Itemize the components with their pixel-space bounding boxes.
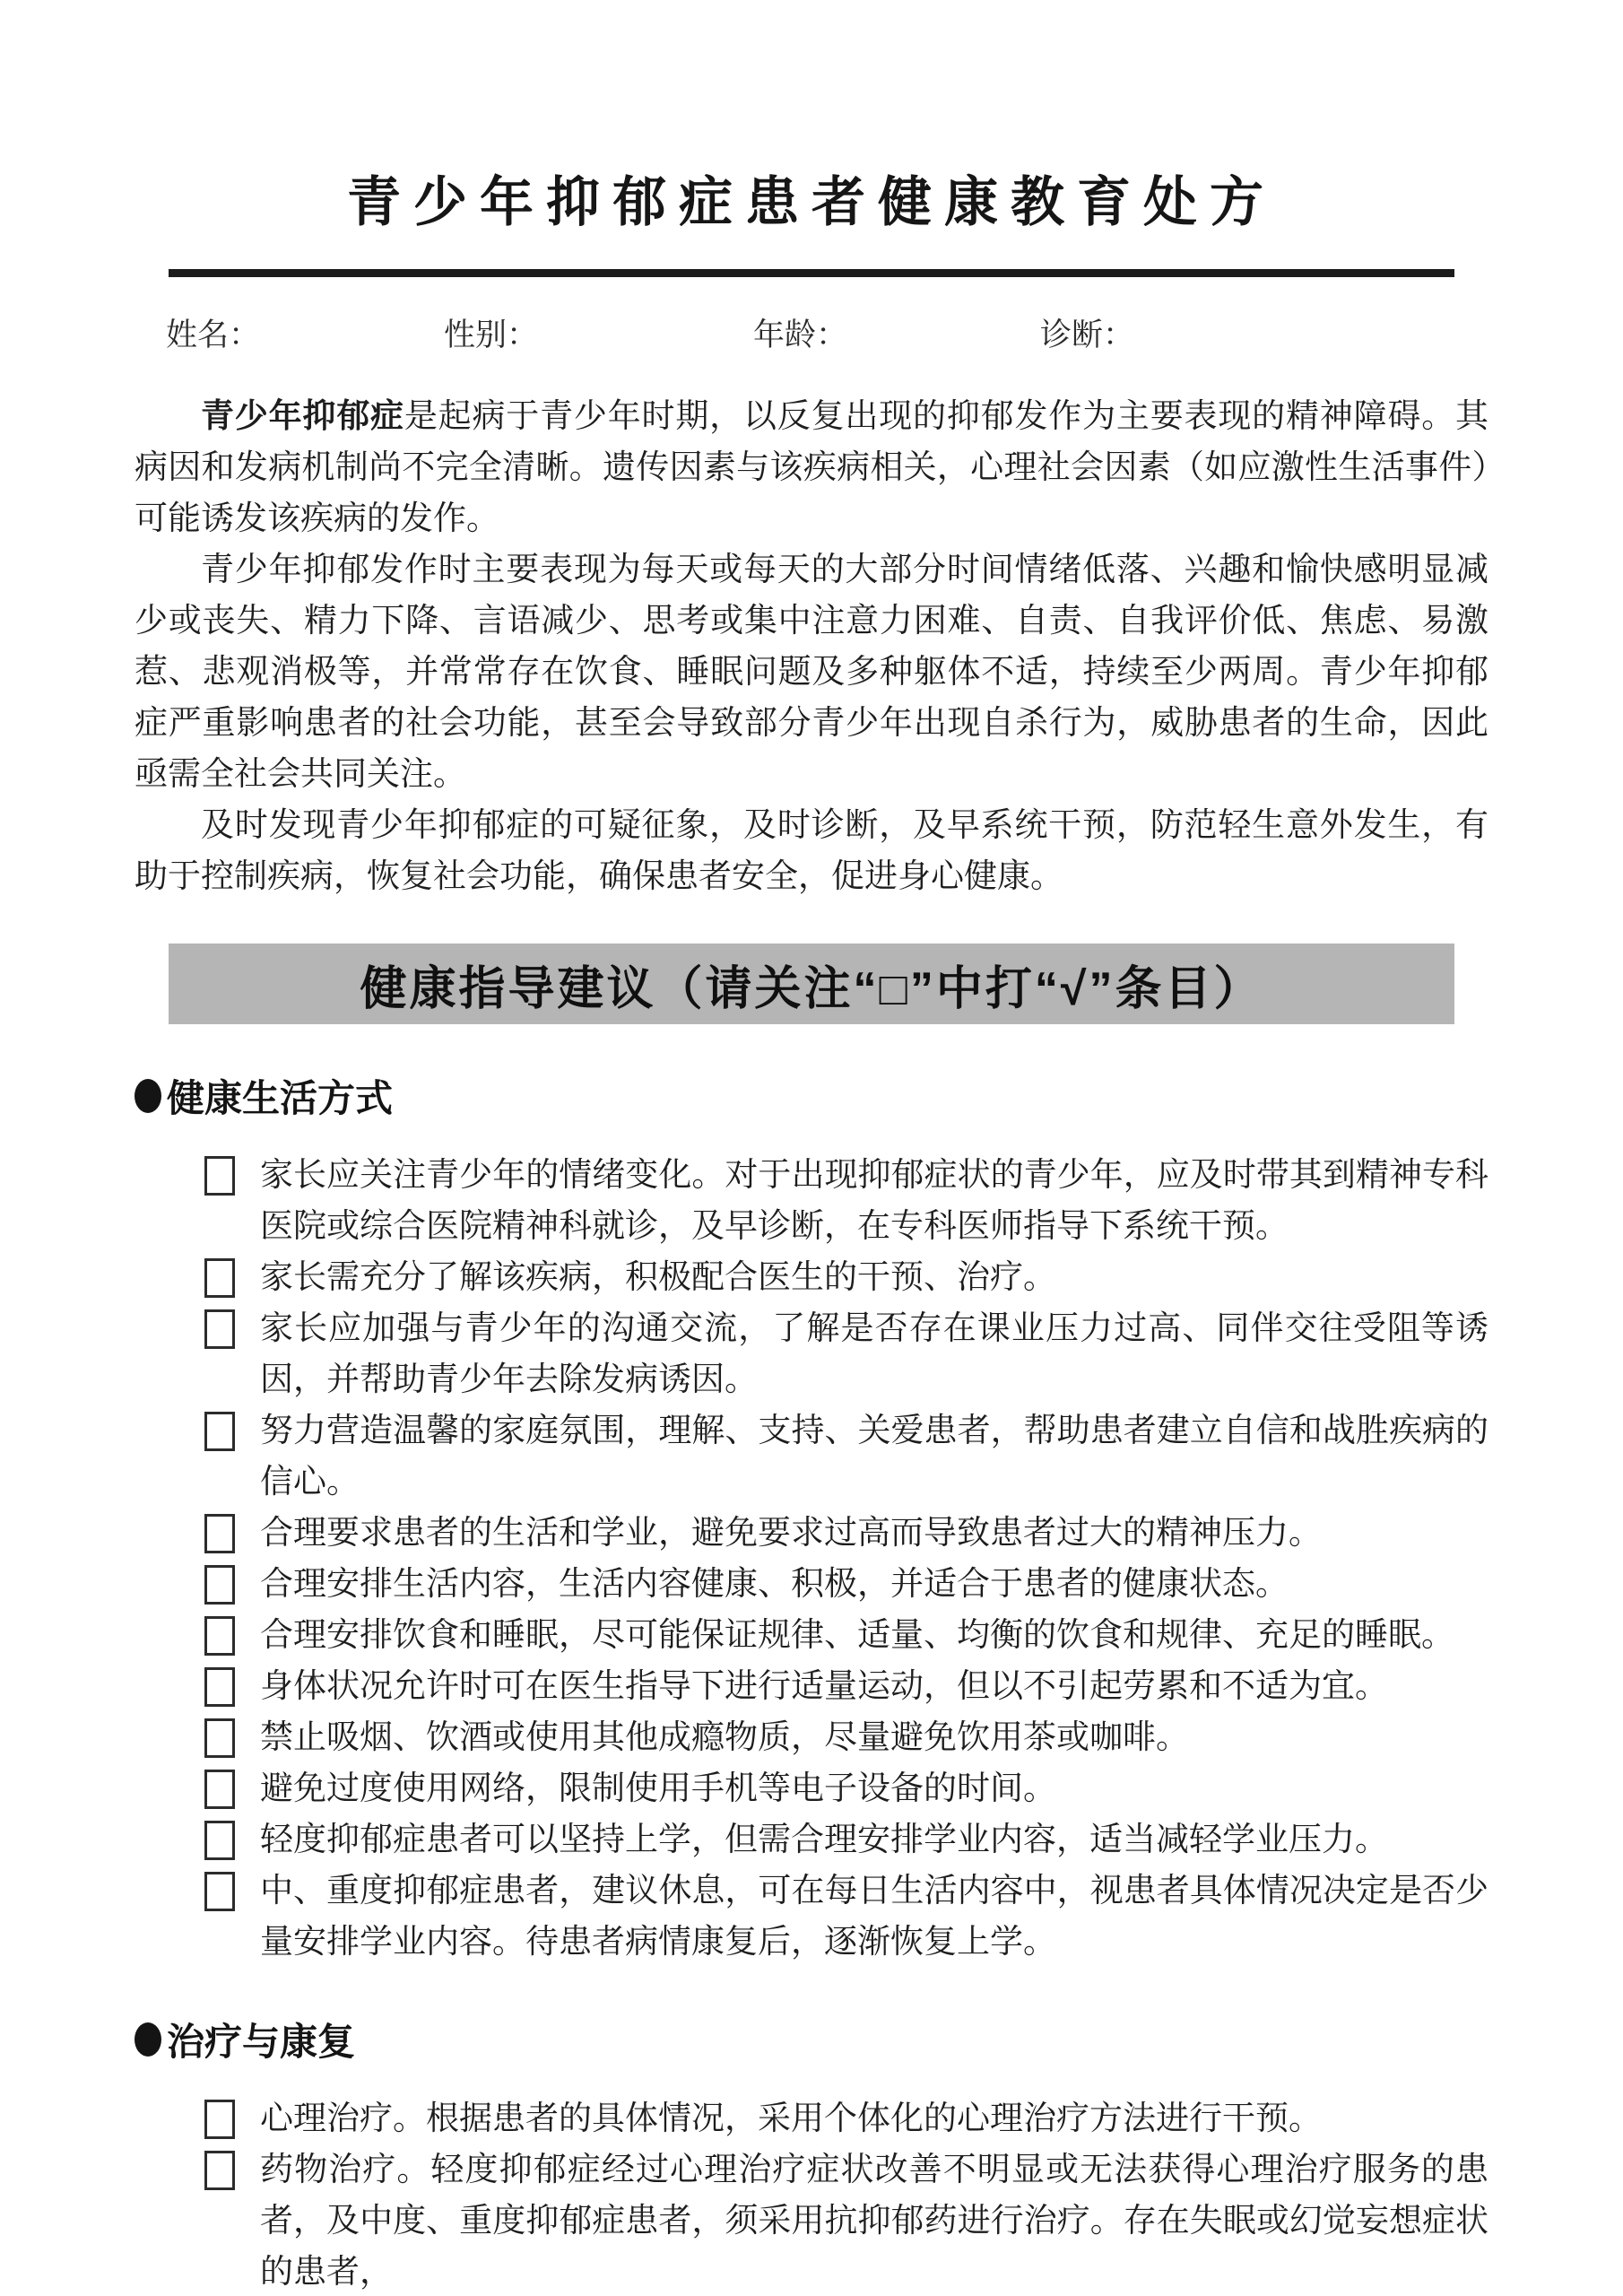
- checkbox-icon[interactable]: [204, 2151, 235, 2190]
- checkbox-icon[interactable]: [204, 1514, 235, 1553]
- prescription-document: 青少年抑郁症患者健康教育处方 姓名： 性别： 年龄： 诊断： 青少年抑郁症是起病…: [0, 0, 1623, 2296]
- diagnosis-field: 诊断：: [1040, 309, 1488, 355]
- intro-paragraph-1: 青少年抑郁症是起病于青少年时期，以反复出现的抑郁发作为主要表现的精神障碍。其病因…: [135, 391, 1488, 544]
- checklist-item-text: 家长应加强与青少年的沟通交流，了解是否存在课业压力过高、同伴交往受阻等诱因，并帮…: [260, 1303, 1488, 1405]
- checklist-item: 心理治疗。根据患者的具体情况，采用个体化的心理治疗方法进行干预。: [204, 2093, 1488, 2144]
- checklist-item-text: 努力营造温馨的家庭氛围，理解、支持、关爱患者，帮助患者建立自信和战胜疾病的信心。: [260, 1405, 1488, 1508]
- gender-label: 性别：: [444, 310, 538, 355]
- section-heading-lifestyle: 健康生活方式: [135, 1069, 1488, 1123]
- checkbox-icon[interactable]: [204, 1616, 235, 1656]
- section-bullet-icon: [135, 2022, 161, 2057]
- intro-paragraph-3: 及时发现青少年抑郁症的可疑征象，及时诊断，及早系统干预，防范轻生意外发生，有助于…: [135, 800, 1488, 902]
- checklist-item-text: 家长应关注青少年的情绪变化。对于出现抑郁症状的青少年，应及时带其到精神专科医院或…: [260, 1150, 1488, 1252]
- checklist-item-text: 合理安排饮食和睡眠，尽可能保证规律、适量、均衡的饮食和规律、充足的睡眠。: [260, 1610, 1488, 1661]
- intro-paragraph-1-lead: 青少年抑郁症: [201, 398, 404, 435]
- section-heading-treatment-label: 治疗与康复: [167, 2013, 355, 2066]
- checklist-item: 药物治疗。轻度抑郁症经过心理治疗症状改善不明显或无法获得心理治疗服务的患者，及中…: [204, 2144, 1488, 2296]
- checkbox-icon[interactable]: [204, 1309, 235, 1349]
- treatment-checklist: 心理治疗。根据患者的具体情况，采用个体化的心理治疗方法进行干预。药物治疗。轻度抑…: [135, 2093, 1488, 2296]
- age-field: 年龄：: [753, 309, 1040, 355]
- checklist-item: 合理安排生活内容，生活内容健康、积极，并适合于患者的健康状态。: [204, 1559, 1488, 1610]
- section-bullet-icon: [135, 1079, 161, 1113]
- checklist-item-text: 禁止吸烟、饮酒或使用其他成瘾物质，尽量避免饮用茶或咖啡。: [260, 1712, 1488, 1763]
- checkbox-icon[interactable]: [204, 2100, 235, 2139]
- checkbox-icon[interactable]: [204, 1872, 235, 1911]
- checklist-item: 家长应关注青少年的情绪变化。对于出现抑郁症状的青少年，应及时带其到精神专科医院或…: [204, 1150, 1488, 1252]
- checkbox-icon[interactable]: [204, 1718, 235, 1758]
- checklist-item: 避免过度使用网络，限制使用手机等电子设备的时间。: [204, 1763, 1488, 1814]
- intro-text: 青少年抑郁症是起病于青少年时期，以反复出现的抑郁发作为主要表现的精神障碍。其病因…: [135, 391, 1488, 902]
- checklist-item: 身体状况允许时可在医生指导下进行适量运动，但以不引起劳累和不适为宜。: [204, 1661, 1488, 1712]
- intro-paragraph-2: 青少年抑郁发作时主要表现为每天或每天的大部分时间情绪低落、兴趣和愉快感明显减少或…: [135, 544, 1488, 800]
- gender-field: 性别：: [444, 309, 753, 355]
- checklist-item: 家长应加强与青少年的沟通交流，了解是否存在课业压力过高、同伴交往受阻等诱因，并帮…: [204, 1303, 1488, 1405]
- checkbox-icon[interactable]: [204, 1565, 235, 1605]
- checklist-item: 家长需充分了解该疾病，积极配合医生的干预、治疗。: [204, 1252, 1488, 1303]
- checklist-item-text: 心理治疗。根据患者的具体情况，采用个体化的心理治疗方法进行干预。: [260, 2093, 1488, 2144]
- checklist-item: 合理要求患者的生活和学业，避免要求过高而导致患者过大的精神压力。: [204, 1508, 1488, 1559]
- checklist-item: 禁止吸烟、饮酒或使用其他成瘾物质，尽量避免饮用茶或咖啡。: [204, 1712, 1488, 1763]
- checkbox-icon[interactable]: [204, 1258, 235, 1298]
- checklist-item: 中、重度抑郁症患者，建议休息，可在每日生活内容中，视患者具体情况决定是否少量安排…: [204, 1865, 1488, 1968]
- checklist-item-text: 避免过度使用网络，限制使用手机等电子设备的时间。: [260, 1763, 1488, 1814]
- checklist-item-text: 中、重度抑郁症患者，建议休息，可在每日生活内容中，视患者具体情况决定是否少量安排…: [260, 1865, 1488, 1968]
- gender-input-area[interactable]: [538, 309, 646, 345]
- checkbox-icon[interactable]: [204, 1667, 235, 1707]
- checkbox-icon[interactable]: [204, 1770, 235, 1809]
- diagnosis-label: 诊断：: [1040, 310, 1134, 355]
- age-label: 年龄：: [753, 310, 847, 355]
- checklist-item-text: 合理要求患者的生活和学业，避免要求过高而导致患者过大的精神压力。: [260, 1508, 1488, 1559]
- checkbox-icon[interactable]: [204, 1412, 235, 1451]
- name-label: 姓名：: [166, 310, 260, 355]
- checklist-item: 合理安排饮食和睡眠，尽可能保证规律、适量、均衡的饮食和规律、充足的睡眠。: [204, 1610, 1488, 1661]
- patient-info-row: 姓名： 性别： 年龄： 诊断：: [135, 309, 1488, 355]
- checklist-item-text: 家长需充分了解该疾病，积极配合医生的干预、治疗。: [260, 1252, 1488, 1303]
- name-input-area[interactable]: [260, 309, 368, 345]
- age-input-area[interactable]: [847, 309, 955, 345]
- checkbox-icon[interactable]: [204, 1156, 235, 1196]
- page-title: 青少年抑郁症患者健康教育处方: [0, 0, 1623, 237]
- checklist-item-text: 轻度抑郁症患者可以坚持上学，但需合理安排学业内容，适当减轻学业压力。: [260, 1814, 1488, 1865]
- section-heading-lifestyle-label: 健康生活方式: [167, 1069, 393, 1123]
- title-divider: [169, 269, 1454, 277]
- checklist-item-text: 身体状况允许时可在医生指导下进行适量运动，但以不引起劳累和不适为宜。: [260, 1661, 1488, 1712]
- section-heading-treatment: 治疗与康复: [135, 2013, 1488, 2066]
- checklist-item-text: 合理安排生活内容，生活内容健康、积极，并适合于患者的健康状态。: [260, 1559, 1488, 1610]
- name-field: 姓名：: [135, 309, 444, 355]
- checklist-item: 轻度抑郁症患者可以坚持上学，但需合理安排学业内容，适当减轻学业压力。: [204, 1814, 1488, 1865]
- checklist-item: 努力营造温馨的家庭氛围，理解、支持、关爱患者，帮助患者建立自信和战胜疾病的信心。: [204, 1405, 1488, 1508]
- checkbox-icon[interactable]: [204, 1821, 235, 1860]
- lifestyle-checklist: 家长应关注青少年的情绪变化。对于出现抑郁症状的青少年，应及时带其到精神专科医院或…: [135, 1150, 1488, 1968]
- guidance-banner: 健康指导建议（请关注“□”中打“√”条目）: [169, 944, 1454, 1024]
- diagnosis-input-area[interactable]: [1134, 309, 1242, 345]
- checklist-item-text: 药物治疗。轻度抑郁症经过心理治疗症状改善不明显或无法获得心理治疗服务的患者，及中…: [260, 2144, 1488, 2296]
